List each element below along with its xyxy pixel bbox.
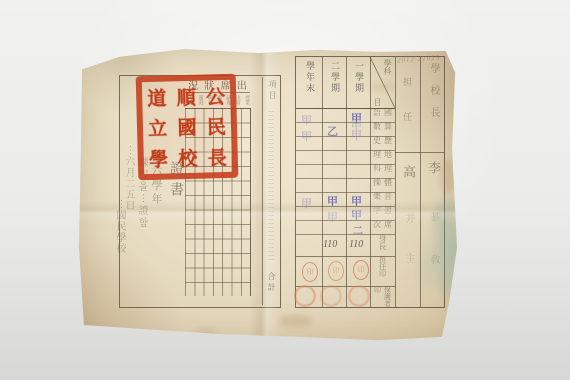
photo-backdrop: 況 狀 席 出 早退 遲刻 病氣 事故 缺席 出席 授業 項目 bbox=[0, 0, 570, 380]
grade-mark: 乙 bbox=[327, 123, 338, 139]
height-value-term2: 110 bbox=[323, 239, 337, 250]
seal-char: 長 bbox=[207, 143, 227, 170]
attendance-item-marks bbox=[268, 111, 274, 261]
handwriting-school-line: ⋯國民學校 bbox=[112, 199, 127, 254]
seal-char: 立 bbox=[148, 114, 168, 141]
grade-mark: 甲 bbox=[301, 195, 312, 211]
seal-char: 公 bbox=[206, 82, 226, 109]
teacher-name: 高 bbox=[399, 165, 418, 178]
seal-char: 順 bbox=[176, 83, 196, 110]
grid-line bbox=[395, 57, 396, 307]
row-label-rank: 席次 bbox=[372, 220, 394, 234]
grade-mark: 甲 bbox=[301, 112, 312, 128]
subject-name: 地理 bbox=[372, 150, 394, 164]
attendance-title-char: 出 bbox=[234, 77, 250, 92]
age-stain bbox=[194, 329, 218, 338]
subject-name: 習字 bbox=[372, 206, 394, 220]
subject-name: 國語 bbox=[372, 108, 394, 122]
red-round-seal bbox=[294, 285, 316, 307]
seal-char: 民 bbox=[206, 112, 226, 139]
header-term1: 一學期 bbox=[353, 61, 366, 94]
attendance-subheader: 授業 bbox=[241, 92, 250, 108]
subject-name: 理科 bbox=[372, 164, 394, 178]
age-stain bbox=[369, 83, 395, 91]
seal-imprint-char: 印 bbox=[307, 267, 314, 277]
subject-name: 歷史 bbox=[372, 136, 394, 150]
grid-line bbox=[395, 152, 444, 153]
subject-name: 體操 bbox=[372, 178, 394, 192]
pencil-note-bottom-left: 28-114 bbox=[83, 327, 109, 338]
attendance-item-header: 項目 bbox=[267, 80, 278, 102]
header-subject-top: 學科 bbox=[382, 59, 393, 75]
header-term2: 二學期 bbox=[329, 61, 342, 94]
seal-char: 國 bbox=[177, 113, 197, 140]
teacher-label: 担任 bbox=[401, 77, 414, 147]
seal-char: 學 bbox=[149, 145, 169, 172]
seal-imprint-char: 印 bbox=[358, 265, 365, 275]
teal-stamp-smudge bbox=[415, 237, 437, 299]
red-round-seal bbox=[348, 285, 370, 307]
age-stain bbox=[279, 315, 313, 327]
grade-mark: 甲 bbox=[351, 207, 362, 223]
rank-value: 二 bbox=[353, 222, 363, 237]
principal-label: 學校長 bbox=[426, 63, 441, 129]
grade-mark: 甲 bbox=[327, 193, 338, 209]
grade-mark: 甲 bbox=[327, 209, 338, 225]
red-oval-seal: 印 bbox=[353, 260, 369, 280]
header-year-end: 學年末 bbox=[304, 61, 317, 94]
row-label-height: 身長 bbox=[377, 234, 388, 256]
school-seal: 道 順 公 立 國 民 學 校 長 bbox=[136, 74, 239, 181]
subject-name: 算數 bbox=[372, 122, 394, 136]
red-round-seal bbox=[320, 285, 342, 307]
age-stain bbox=[441, 159, 455, 193]
attendance-item-column: 項目 合計 bbox=[262, 77, 279, 305]
grade-mark: 甲 bbox=[351, 127, 362, 143]
teacher-signature: 并主 bbox=[401, 213, 416, 293]
row-label-guardian-seal: 保護者印 bbox=[373, 286, 393, 307]
header-subject-bottom: 目 bbox=[372, 98, 383, 106]
subject-column: 國語 算數 歷史 地理 理科 體操 音樂 習字 席次 身長 担任印 保護者印 bbox=[370, 108, 395, 307]
seal-char: 道 bbox=[147, 83, 167, 110]
paper: 況 狀 席 出 早退 遲刻 病氣 事故 缺席 出席 授業 項目 bbox=[79, 49, 457, 341]
red-oval-seal: 印 bbox=[302, 262, 318, 282]
attendance-total-label: 合計 bbox=[266, 272, 277, 294]
height-value-term1: 110 bbox=[349, 239, 363, 250]
red-oval-seal: 印 bbox=[328, 261, 344, 281]
grade-mark: 甲 bbox=[301, 128, 312, 144]
seal-imprint-char: 印 bbox=[333, 266, 340, 276]
seal-char: 校 bbox=[178, 144, 198, 171]
grade-mark: 甲 bbox=[351, 110, 362, 126]
row-label-teacher-seal: 担任印 bbox=[378, 256, 388, 286]
subject-name: 音樂 bbox=[372, 192, 394, 206]
